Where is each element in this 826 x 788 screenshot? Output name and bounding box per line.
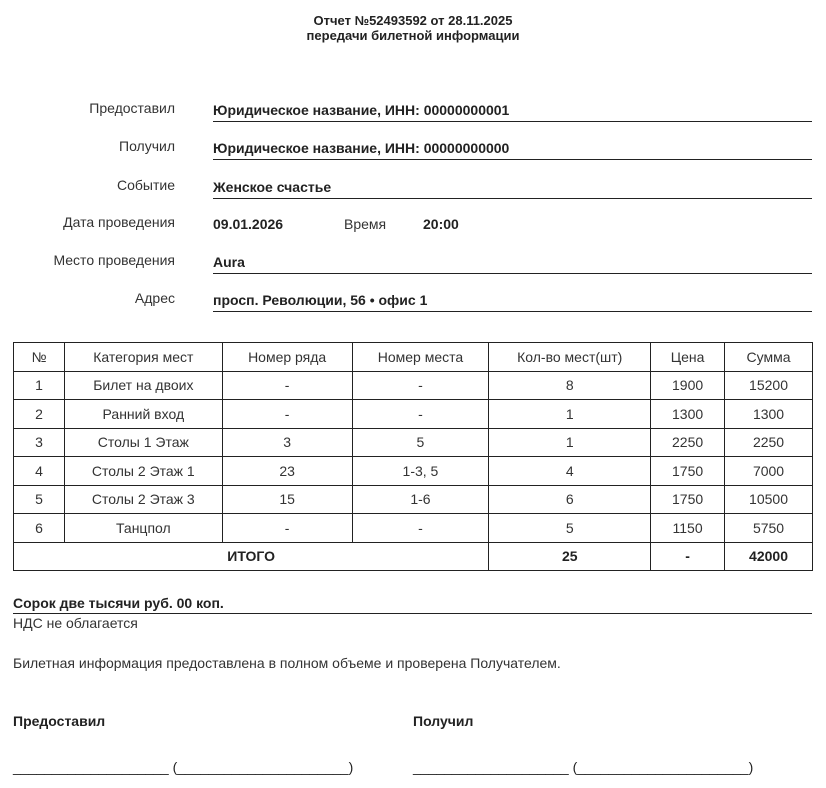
cell-col-category: Столы 2 Этаж 1 bbox=[64, 457, 222, 486]
cell-col-row: 3 bbox=[222, 428, 352, 457]
cell-col-seat: - bbox=[352, 514, 489, 543]
table-row: 2Ранний вход--113001300 bbox=[14, 400, 813, 429]
cell-col-number: 5 bbox=[14, 485, 65, 514]
header-col-number: № bbox=[14, 343, 65, 372]
info-row-date: Дата проведения 09.01.2026 Время 20:00 bbox=[0, 214, 826, 244]
cell-col-price: 1750 bbox=[651, 485, 725, 514]
info-row-recipient: Получил Юридическое название, ИНН: 00000… bbox=[0, 138, 826, 168]
cell-col-row: - bbox=[222, 514, 352, 543]
report-title-line2: передачи билетной информации bbox=[0, 28, 826, 43]
cell-col-sum: 10500 bbox=[725, 485, 813, 514]
cell-col-number: 6 bbox=[14, 514, 65, 543]
cell-col-price: 1150 bbox=[651, 514, 725, 543]
cell-col-sum: 5750 bbox=[725, 514, 813, 543]
report-title: Отчет №52493592 от 28.11.2025 передачи б… bbox=[0, 13, 826, 43]
cell-col-seat: - bbox=[352, 400, 489, 429]
table-row: 4Столы 2 Этаж 1231-3, 5417507000 bbox=[14, 457, 813, 486]
cell-col-row: 23 bbox=[222, 457, 352, 486]
cell-col-quantity: 1 bbox=[489, 428, 651, 457]
recipient-signature-line: ____________________ (__________________… bbox=[413, 759, 753, 775]
info-row-address: Адрес просп. Революции, 56 • офис 1 bbox=[0, 290, 826, 320]
header-col-price: Цена bbox=[651, 343, 725, 372]
header-col-seat: Номер места bbox=[352, 343, 489, 372]
venue-label: Место проведения bbox=[53, 252, 175, 268]
recipient-sign-title: Получил bbox=[413, 713, 473, 729]
cell-col-number: 3 bbox=[14, 428, 65, 457]
cell-col-number: 4 bbox=[14, 457, 65, 486]
cell-col-quantity: 4 bbox=[489, 457, 651, 486]
amount-in-words: Сорок две тысячи руб. 00 коп. bbox=[13, 595, 812, 614]
cell-col-sum: 7000 bbox=[725, 457, 813, 486]
recipient-value: Юридическое название, ИНН: 00000000000 bbox=[213, 140, 812, 160]
provider-sign-title: Предоставил bbox=[13, 713, 105, 729]
info-row-provider: Предоставил Юридическое название, ИНН: 0… bbox=[0, 100, 826, 130]
report-title-line1: Отчет №52493592 от 28.11.2025 bbox=[0, 13, 826, 28]
cell-col-price: 1750 bbox=[651, 457, 725, 486]
vat-note: НДС не облагается bbox=[13, 615, 138, 631]
cell-col-row: - bbox=[222, 400, 352, 429]
provider-label: Предоставил bbox=[89, 100, 175, 116]
cell-col-number: 2 bbox=[14, 400, 65, 429]
cell-col-category: Билет на двоих bbox=[64, 371, 222, 400]
event-label: Событие bbox=[117, 177, 175, 193]
header-col-row: Номер ряда bbox=[222, 343, 352, 372]
header-col-category: Категория мест bbox=[64, 343, 222, 372]
total-label: ИТОГО bbox=[14, 542, 489, 571]
cell-col-sum: 15200 bbox=[725, 371, 813, 400]
confirmation-text: Билетная информация предоставлена в полн… bbox=[13, 655, 561, 671]
cell-col-row: 15 bbox=[222, 485, 352, 514]
cell-col-category: Столы 1 Этаж bbox=[64, 428, 222, 457]
cell-col-quantity: 8 bbox=[489, 371, 651, 400]
date-label: Дата проведения bbox=[63, 214, 175, 230]
cell-col-number: 1 bbox=[14, 371, 65, 400]
total-sum: 42000 bbox=[725, 542, 813, 571]
provider-value: Юридическое название, ИНН: 00000000001 bbox=[213, 102, 812, 122]
total-price: - bbox=[651, 542, 725, 571]
table-row: 6Танцпол--511505750 bbox=[14, 514, 813, 543]
cell-col-price: 2250 bbox=[651, 428, 725, 457]
venue-value: Aura bbox=[213, 254, 812, 274]
provider-signature-line: ____________________ (__________________… bbox=[13, 759, 353, 775]
cell-col-category: Столы 2 Этаж 3 bbox=[64, 485, 222, 514]
cell-col-row: - bbox=[222, 371, 352, 400]
cell-col-seat: - bbox=[352, 371, 489, 400]
address-value: просп. Революции, 56 • офис 1 bbox=[213, 292, 812, 312]
table-row: 5Столы 2 Этаж 3151-66175010500 bbox=[14, 485, 813, 514]
cell-col-category: Танцпол bbox=[64, 514, 222, 543]
cell-col-quantity: 6 bbox=[489, 485, 651, 514]
cell-col-sum: 1300 bbox=[725, 400, 813, 429]
cell-col-seat: 1-3, 5 bbox=[352, 457, 489, 486]
total-quantity: 25 bbox=[489, 542, 651, 571]
event-value: Женское счастье bbox=[213, 179, 812, 199]
time-value: 20:00 bbox=[423, 216, 459, 232]
info-row-event: Событие Женское счастье bbox=[0, 177, 826, 207]
table-row: 1Билет на двоих--8190015200 bbox=[14, 371, 813, 400]
tickets-table: №Категория местНомер рядаНомер местаКол-… bbox=[13, 342, 813, 571]
cell-col-quantity: 1 bbox=[489, 400, 651, 429]
recipient-label: Получил bbox=[119, 138, 175, 154]
info-row-venue: Место проведения Aura bbox=[0, 252, 826, 282]
cell-col-seat: 5 bbox=[352, 428, 489, 457]
cell-col-price: 1300 bbox=[651, 400, 725, 429]
cell-col-sum: 2250 bbox=[725, 428, 813, 457]
cell-col-seat: 1-6 bbox=[352, 485, 489, 514]
time-label: Время bbox=[344, 216, 386, 232]
cell-col-price: 1900 bbox=[651, 371, 725, 400]
date-value: 09.01.2026 bbox=[213, 216, 283, 235]
address-label: Адрес bbox=[135, 290, 175, 306]
header-col-sum: Сумма bbox=[725, 343, 813, 372]
cell-col-category: Ранний вход bbox=[64, 400, 222, 429]
cell-col-quantity: 5 bbox=[489, 514, 651, 543]
table-total-row: ИТОГО 25 - 42000 bbox=[14, 542, 813, 571]
table-header-row: №Категория местНомер рядаНомер местаКол-… bbox=[14, 343, 813, 372]
table-row: 3Столы 1 Этаж35122502250 bbox=[14, 428, 813, 457]
header-col-quantity: Кол-во мест(шт) bbox=[489, 343, 651, 372]
